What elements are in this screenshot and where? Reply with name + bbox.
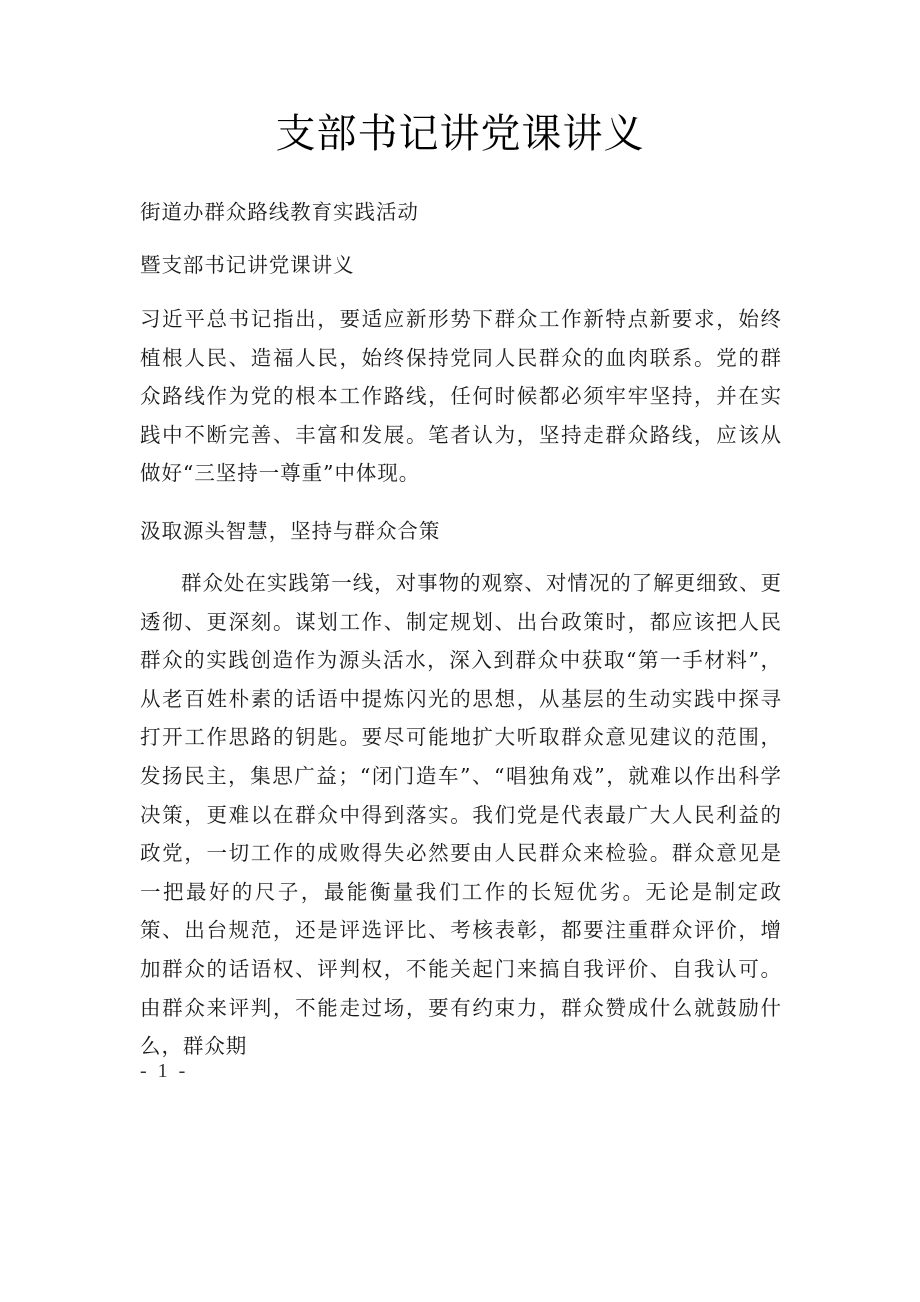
subtitle-line-2: 暨支部书记讲党课讲义 (140, 246, 782, 285)
section-heading: 汲取源头智慧，坚持与群众合策 (140, 512, 782, 551)
intro-paragraph: 习近平总书记指出，要适应新形势下群众工作新特点新要求，始终植根人民、造福人民，始… (140, 300, 782, 493)
subtitle-line-1: 街道办群众路线教育实践活动 (140, 193, 782, 232)
section-paragraph: 群众处在实践第一线，对事物的观察、对情况的了解更细致、更透彻、更深刻。谋划工作、… (140, 564, 782, 1066)
document-title: 支部书记讲党课讲义 (0, 108, 920, 160)
document-page: 支部书记讲党课讲义 街道办群众路线教育实践活动 暨支部书记讲党课讲义 习近平总书… (0, 0, 920, 1302)
page-number: - 1 - (140, 1056, 188, 1086)
